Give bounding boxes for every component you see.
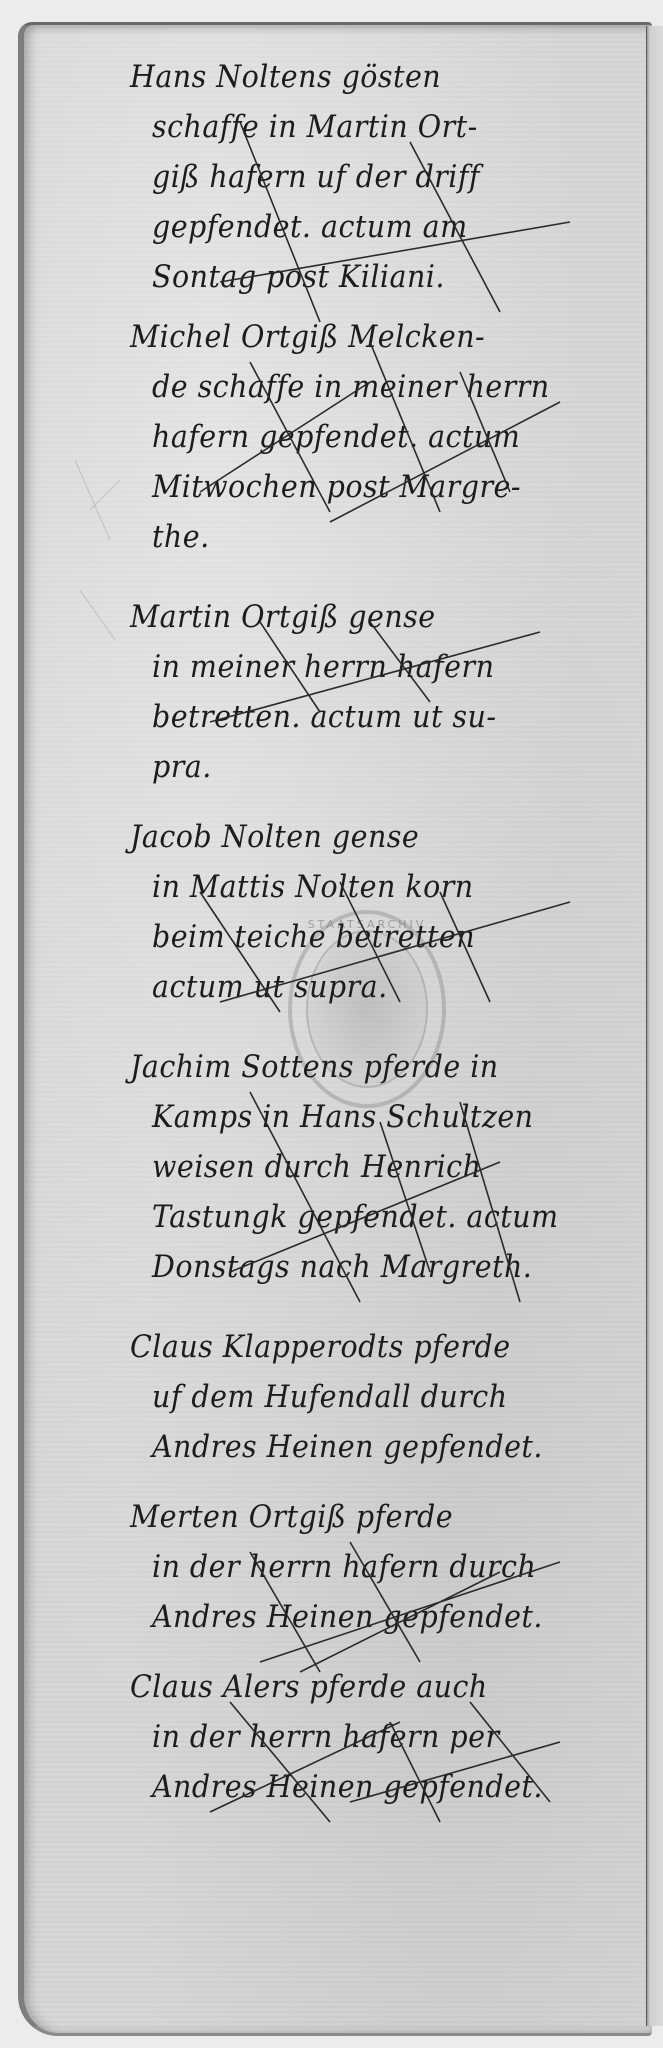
entry-line: Sontag post Kiliani. <box>152 252 601 302</box>
entry-line: giß hafern uf der driff <box>152 152 601 202</box>
entry-line: pra. <box>152 742 601 792</box>
entry-4: Jacob Nolten gense in Mattis Nolten korn… <box>130 812 640 1042</box>
entry-8: Claus Alers pferde auch in der herrn haf… <box>130 1662 640 1832</box>
entry-line: beim teiche betretten <box>152 912 601 962</box>
entry-line: the. <box>152 512 601 562</box>
entry-line: Andres Heinen gepfendet. <box>152 1762 601 1812</box>
entry-line: Martin Ortgiß gense <box>130 592 599 642</box>
entry-line: de schaffe in meiner herrn <box>152 362 601 412</box>
entry-line: Kamps in Hans Schultzen <box>152 1092 601 1142</box>
entry-6: Claus Klapperodts pferde uf dem Hufendal… <box>130 1322 640 1492</box>
entry-line: schaffe in Martin Ort- <box>152 102 601 152</box>
entry-line: weisen durch Henrich <box>152 1142 601 1192</box>
entry-7: Merten Ortgiß pferde in der herrn hafern… <box>130 1492 640 1662</box>
entry-line: Merten Ortgiß pferde <box>130 1492 599 1542</box>
entry-line: Tastungk gepfendet. actum <box>152 1192 601 1242</box>
manuscript-entries: Hans Noltens gösten schaffe in Martin Or… <box>130 52 640 1832</box>
entry-line: Jachim Sottens pferde in <box>130 1042 599 1092</box>
entry-line: Andres Heinen gepfendet. <box>152 1592 601 1642</box>
entry-line: Mitwochen post Margre- <box>152 462 601 512</box>
entry-line: in der herrn hafern durch <box>152 1542 601 1592</box>
entry-line: in der herrn hafern per <box>152 1712 601 1762</box>
entry-5: Jachim Sottens pferde in Kamps in Hans S… <box>130 1042 640 1322</box>
entry-line: Andres Heinen gepfendet. <box>152 1422 601 1472</box>
entry-line: Hans Noltens gösten <box>130 52 599 102</box>
entry-3: Martin Ortgiß gense in meiner herrn hafe… <box>130 592 640 812</box>
entry-line: uf dem Hufendall durch <box>152 1372 601 1422</box>
entry-2: Michel Ortgiß Melcken- de schaffe in mei… <box>130 312 640 592</box>
entry-line: in Mattis Nolten korn <box>152 862 601 912</box>
entry-line: in meiner herrn hafern <box>152 642 601 692</box>
entry-line: betretten. actum ut su- <box>152 692 601 742</box>
adjacent-page-edge <box>646 26 663 2026</box>
entry-line: hafern gepfendet. actum <box>152 412 601 462</box>
entry-line: Michel Ortgiß Melcken- <box>130 312 599 362</box>
entry-line: Jacob Nolten gense <box>130 812 599 862</box>
faint-margin-marks <box>70 450 130 650</box>
entry-1: Hans Noltens gösten schaffe in Martin Or… <box>130 52 640 312</box>
entry-line: Donstags nach Margreth. <box>152 1242 601 1292</box>
entry-line: Claus Klapperodts pferde <box>130 1322 599 1372</box>
entry-line: Claus Alers pferde auch <box>130 1662 599 1712</box>
entry-line: gepfendet. actum am <box>152 202 601 252</box>
entry-line: actum ut supra. <box>152 962 601 1012</box>
